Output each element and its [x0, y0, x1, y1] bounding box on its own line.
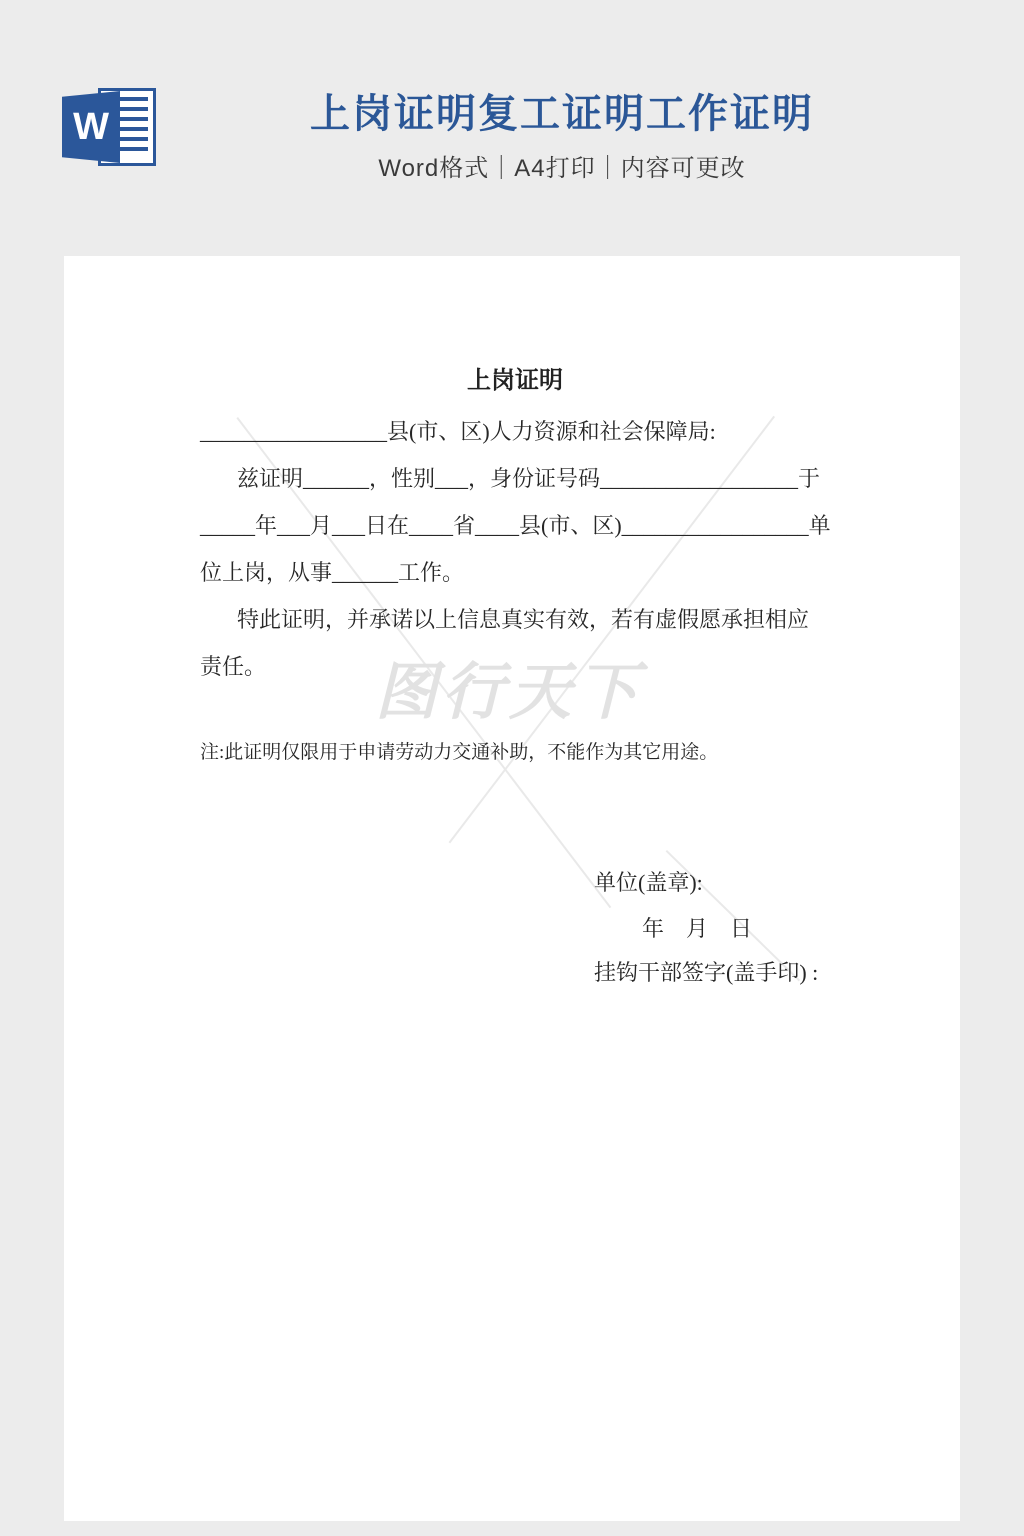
doc-line-job: 位上岗，从事______工作。 [200, 559, 880, 587]
signature-cadre: 挂钩干部签字(盖手印) : [594, 956, 818, 987]
page-subtitle: Word格式｜A4打印｜内容可更改 [100, 148, 1024, 183]
doc-line-date-place: _____年___月___日在____省____县(市、区)__________… [200, 512, 880, 540]
header-text: 上岗证明复工证明工作证明 Word格式｜A4打印｜内容可更改 [100, 92, 1024, 183]
doc-line-responsibility: 责任。 [200, 653, 880, 681]
template-preview: { "header": { "title": "上岗证明复工证明工作证明", "… [0, 0, 1024, 1536]
signature-unit-seal: 单位(盖章): [594, 866, 703, 897]
doc-line-recipient: _________________县(市、区)人力资源和社会保障局: [200, 418, 880, 446]
signature-date: 年 月 日 [642, 912, 752, 943]
doc-note: 注:此证明仅限用于申请劳动力交通补助，不能作为其它用途。 [200, 737, 880, 764]
doc-line-identity: 兹证明______，性别___，身份证号码__________________于 [200, 465, 880, 493]
template-header: W 上岗证明复工证明工作证明 Word格式｜A4打印｜内容可更改 [0, 0, 1024, 256]
doc-title: 上岗证明 [200, 366, 830, 396]
page-title: 上岗证明复工证明工作证明 [100, 92, 1024, 136]
document-page: 图行天下 上岗证明 _________________县(市、区)人力资源和社会… [64, 256, 960, 1521]
doc-line-declaration: 特此证明，并承诺以上信息真实有效，若有虚假愿承担相应 [200, 606, 880, 634]
